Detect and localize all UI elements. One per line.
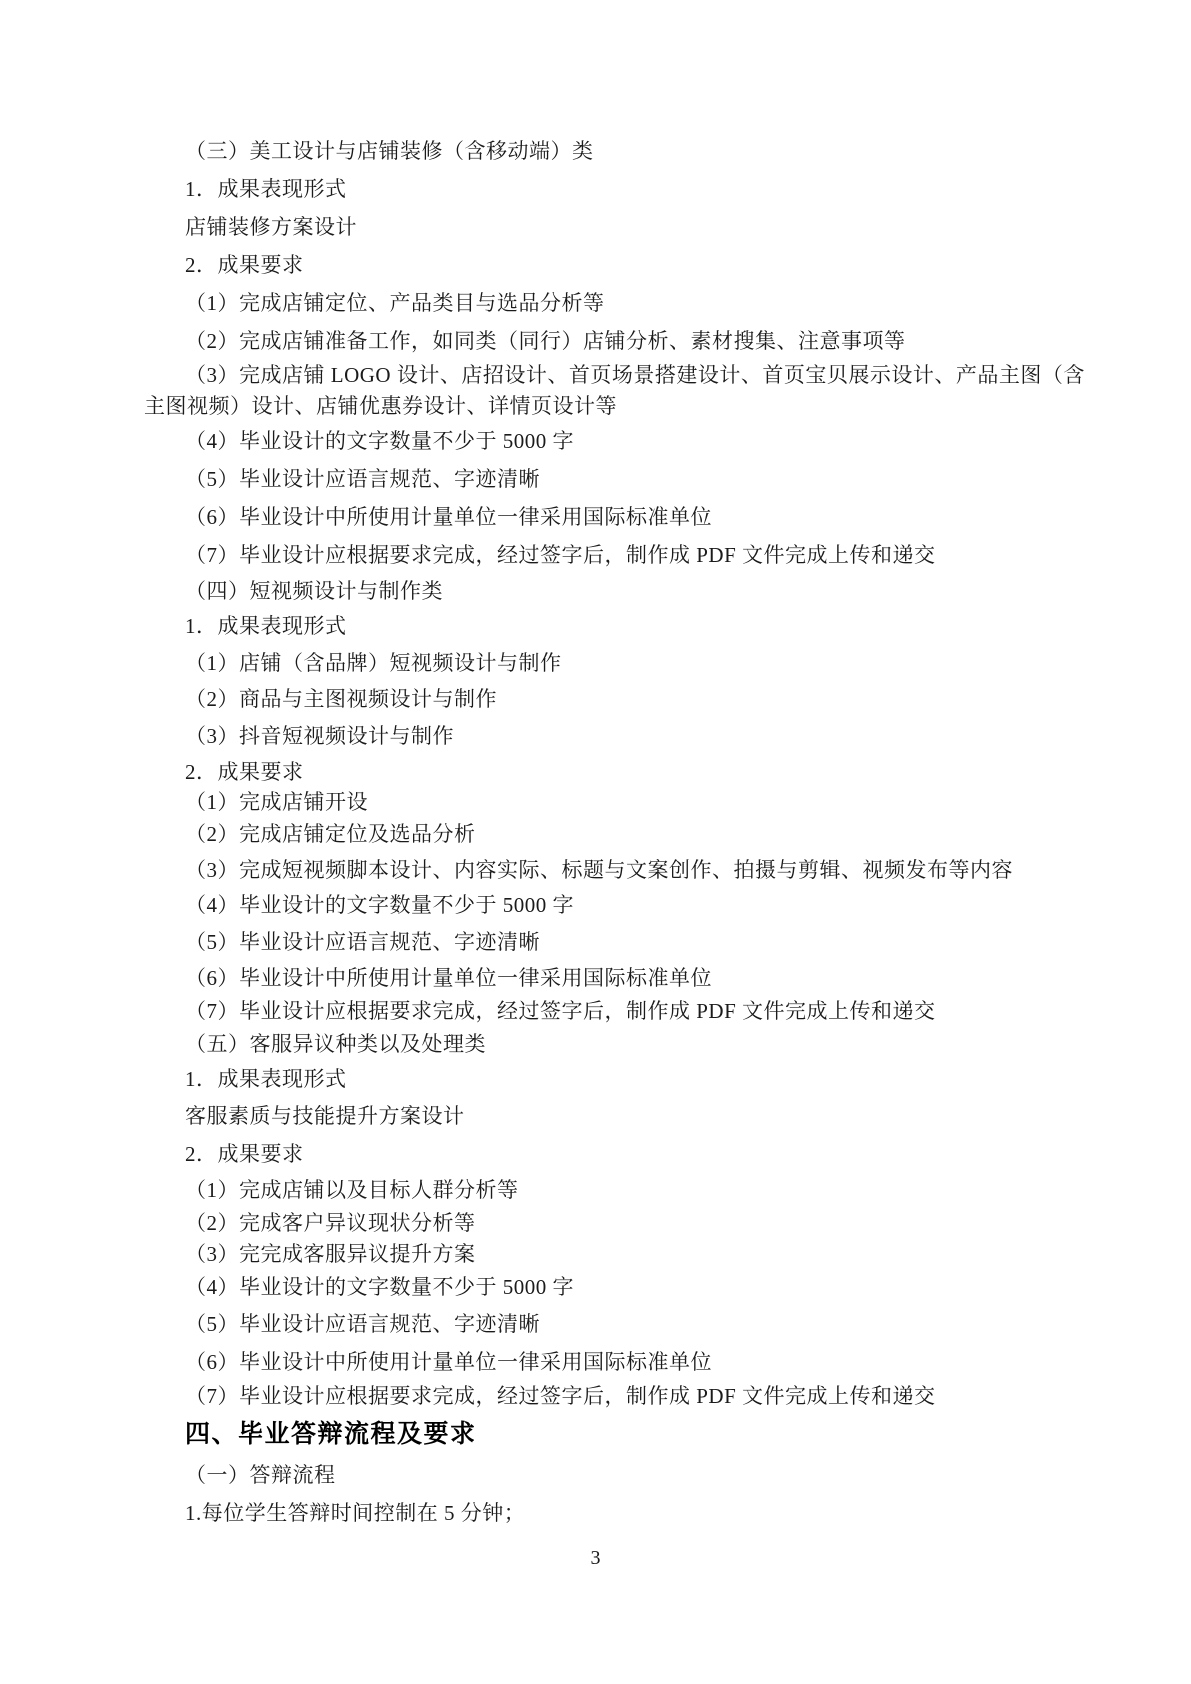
document-line: （1）完成店铺开设 <box>144 790 1061 815</box>
document-line: 2．成果要求 <box>144 246 1061 284</box>
section-heading: 四、毕业答辩流程及要求 <box>144 1412 1061 1456</box>
document-line: （1）完成店铺定位、产品类目与选品分析等 <box>144 284 1061 322</box>
document-line: 1．成果表现形式 <box>144 1062 1061 1097</box>
document-line: （3）完成店铺 LOGO 设计、店招设计、首页场景搭建设计、首页宝贝展示设计、产… <box>144 360 1061 391</box>
document-line: （4）毕业设计的文字数量不少于 5000 字 <box>144 422 1061 460</box>
document-line: （6）毕业设计中所使用计量单位一律采用国际标准单位 <box>144 961 1061 996</box>
document-line: 店铺装修方案设计 <box>144 208 1061 246</box>
page-number: 3 <box>0 1546 1191 1570</box>
document-line: 2．成果要求 <box>144 755 1061 790</box>
document-line: （7）毕业设计应根据要求完成，经过签字后，制作成 PDF 文件完成上传和递交 <box>144 996 1061 1027</box>
document-line: （5）毕业设计应语言规范、字迹清晰 <box>144 1305 1061 1343</box>
document-line: 1．成果表现形式 <box>144 609 1061 644</box>
document-line: （5）毕业设计应语言规范、字迹清晰 <box>144 923 1061 961</box>
document-line: （2）完成客户异议现状分析等 <box>144 1208 1061 1239</box>
document-line: （7）毕业设计应根据要求完成，经过签字后，制作成 PDF 文件完成上传和递交 <box>144 536 1061 574</box>
document-line: （2）完成店铺定位及选品分析 <box>144 815 1061 853</box>
document-line: （3）抖音短视频设计与制作 <box>144 717 1061 755</box>
document-line: 客服素质与技能提升方案设计 <box>144 1097 1061 1135</box>
document-line: （一）答辩流程 <box>144 1456 1061 1494</box>
document-line: （5）毕业设计应语言规范、字迹清晰 <box>144 460 1061 498</box>
document-line: （6）毕业设计中所使用计量单位一律采用国际标准单位 <box>144 1343 1061 1381</box>
document-line: （3）完完成客服异议提升方案 <box>144 1239 1061 1270</box>
document-line: （2）完成店铺准备工作，如同类（同行）店铺分析、素材搜集、注意事项等 <box>144 322 1061 360</box>
document-line: （3）完成短视频脚本设计、内容实际、标题与文案创作、拍摄与剪辑、视频发布等内容 <box>144 853 1061 888</box>
document-line: （4）毕业设计的文字数量不少于 5000 字 <box>144 1270 1061 1305</box>
document-line: 1.每位学生答辩时间控制在 5 分钟； <box>144 1494 1061 1532</box>
document-line: （6）毕业设计中所使用计量单位一律采用国际标准单位 <box>144 498 1061 536</box>
document-line: （三）美工设计与店铺装修（含移动端）类 <box>144 132 1061 170</box>
document-line: 1．成果表现形式 <box>144 170 1061 208</box>
document-line: 主图视频）设计、店铺优惠券设计、详情页设计等 <box>144 391 1061 422</box>
document-page: （三）美工设计与店铺装修（含移动端）类1．成果表现形式店铺装修方案设计2．成果要… <box>0 0 1191 1684</box>
document-line: （7）毕业设计应根据要求完成，经过签字后，制作成 PDF 文件完成上传和递交 <box>144 1381 1061 1412</box>
document-line: （1）店铺（含品牌）短视频设计与制作 <box>144 644 1061 682</box>
document-line: （四）短视频设计与制作类 <box>144 574 1061 609</box>
document-line: 2．成果要求 <box>144 1135 1061 1173</box>
document-line: （4）毕业设计的文字数量不少于 5000 字 <box>144 888 1061 923</box>
document-line: （五）客服异议种类以及处理类 <box>144 1027 1061 1062</box>
document-line: （2）商品与主图视频设计与制作 <box>144 682 1061 717</box>
document-body: （三）美工设计与店铺装修（含移动端）类1．成果表现形式店铺装修方案设计2．成果要… <box>144 132 1061 1532</box>
document-line: （1）完成店铺以及目标人群分析等 <box>144 1173 1061 1208</box>
